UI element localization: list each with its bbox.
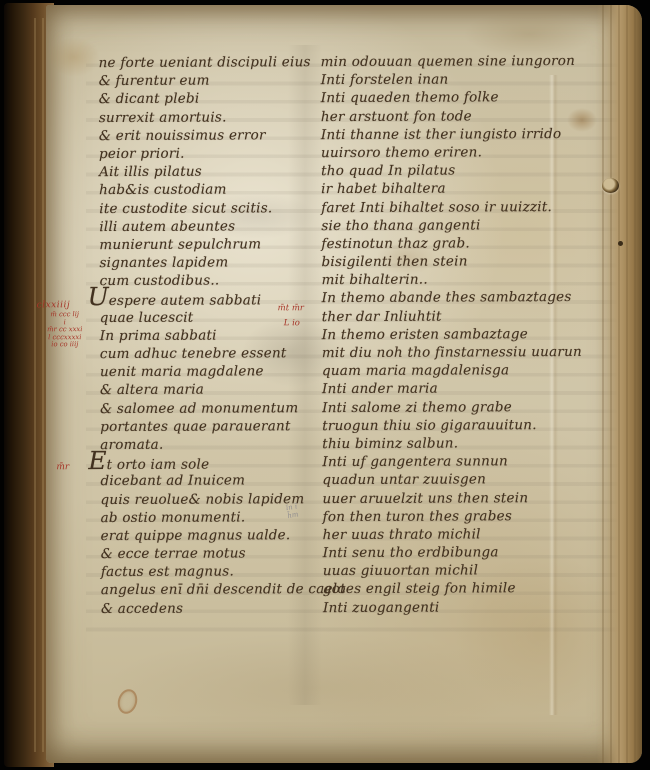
- manuscript-line: mit bihalterin..: [322, 270, 582, 289]
- manuscript-line: & dicant plebi: [99, 89, 344, 108]
- rubric-section-number: clxxiiij: [37, 300, 71, 310]
- manuscript-line: uuas giuuortan michil: [323, 561, 583, 580]
- manuscript-line: Uespere autem sabbati: [100, 289, 345, 308]
- manuscript-line: signantes lapidem: [99, 253, 344, 272]
- manuscript-line: portantes quae parauerant: [100, 417, 345, 436]
- manuscript-line: Inti uf gangentera sunnun: [322, 452, 582, 471]
- wormhole: [602, 178, 619, 193]
- manuscript-line: Inti thanne ist ther iungisto irrido: [321, 125, 581, 144]
- manuscript-line: tho quad In pilatus: [321, 161, 581, 180]
- text-block: ne forte ueniant discipuli eius& furentu…: [44, 4, 643, 765]
- manuscript-line: uuirsoro themo eriren.: [321, 143, 581, 162]
- manuscript-line: quadun untar zuuisgen: [322, 470, 582, 489]
- manuscript-line: ab ostio monumenti.: [101, 508, 346, 527]
- manuscript-line: & erit nouissimus error: [99, 126, 344, 145]
- manuscript-line: & altera maria: [100, 380, 345, 399]
- manuscript-line: In prima sabbati: [100, 326, 345, 345]
- manuscript-line: In themo abande thes sambaztages: [322, 288, 582, 307]
- initial-capital: U: [88, 282, 109, 311]
- manuscript-line: quam maria magdalenisga: [322, 361, 582, 380]
- text-column-latin: ne forte ueniant discipuli eius& furentu…: [99, 53, 346, 618]
- manuscript-line: dicebant ad Inuicem: [100, 471, 345, 490]
- rubric-section-mark: m̄r: [56, 462, 69, 472]
- manuscript-line: ite custodite sicut scitis.: [99, 198, 344, 217]
- manuscript-line: Inti zuogangenti: [323, 598, 583, 617]
- leaf-edge-line: [42, 18, 44, 751]
- manuscript-line: Inti quaeden themo folke: [321, 88, 581, 107]
- manuscript-line: angelus enī dn̄i descendit de caelo: [101, 580, 346, 599]
- manuscript-line: uuer aruuelzit uns then stein: [322, 488, 582, 507]
- small-hole: [618, 241, 623, 246]
- manuscript-photo: ne forte ueniant discipuli eius& furentu…: [0, 0, 650, 770]
- manuscript-line: & furentur eum: [99, 71, 344, 90]
- manuscript-line: festinotun thaz grab.: [321, 234, 581, 253]
- manuscript-line: quae lucescit: [100, 308, 345, 327]
- manuscript-line: gotes engil steig fon himile: [323, 579, 583, 598]
- manuscript-line: munierunt sepulchrum: [99, 235, 344, 254]
- manuscript-line: thiu biminz salbun.: [322, 434, 582, 453]
- manuscript-line: & accedens: [101, 599, 346, 618]
- manuscript-line: erat quippe magnus ualde.: [101, 526, 346, 545]
- text-column-old-high-german: min odouuan quemen sine iungoronInti for…: [321, 52, 584, 617]
- manuscript-line: factus est magnus.: [101, 562, 346, 581]
- manuscript-line: Inti salome zi themo grabe: [322, 398, 582, 417]
- manuscript-line: ir habet bihaltera: [321, 179, 581, 198]
- manuscript-line: sie tho thana gangenti: [321, 216, 581, 235]
- manuscript-line: In themo eristen sambaztage: [322, 325, 582, 344]
- manuscript-line: fon then turon thes grabes: [323, 507, 583, 526]
- leaf-edge-line: [34, 18, 36, 751]
- manuscript-line: bisigilenti then stein: [321, 252, 581, 271]
- manuscript-line: her uuas thrato michil: [323, 525, 583, 544]
- manuscript-line: Ait illis pilatus: [99, 162, 344, 181]
- manuscript-line: cum custodibus..: [100, 271, 345, 290]
- page-fore-edge: [596, 5, 642, 763]
- manuscript-line: uenit maria magdalene: [100, 362, 345, 381]
- manuscript-line: surrexit amortuis.: [99, 108, 344, 127]
- manuscript-line: ne forte ueniant discipuli eius: [99, 53, 344, 72]
- manuscript-line: Et orto iam sole: [100, 453, 345, 472]
- manuscript-line: her arstuont fon tode: [321, 107, 581, 126]
- manuscript-line: min odouuan quemen sine iungoron: [321, 52, 581, 71]
- manuscript-line: quis reuolue& nobis lapidem: [100, 489, 345, 508]
- manuscript-line: peior priori.: [99, 144, 344, 163]
- manuscript-line: & salomee ad monumentum: [100, 399, 345, 418]
- manuscript-line: Inti forstelen inan: [321, 70, 581, 89]
- initial-capital: E: [88, 446, 106, 475]
- rubric-gospel-cross-reference: L io: [284, 318, 300, 328]
- manuscript-line: illi autem abeuntes: [99, 217, 344, 236]
- manuscript-line: mit diu noh tho finstarnessiu uuarun: [322, 343, 582, 362]
- manuscript-line: Inti ander maria: [322, 379, 582, 398]
- manuscript-line: truogun thiu sio gigarauuitun.: [322, 416, 582, 435]
- canon-reference: io co iiij: [42, 341, 88, 349]
- manuscript-line: cum adhuc tenebre essent: [100, 344, 345, 363]
- manuscript-line: faret Inti bihaltet soso ir uuizzit.: [321, 197, 581, 216]
- rubric-canon-references: m̄ ccc lijim̄r cc xxxil cccxxxxiio co ii…: [42, 311, 88, 349]
- manuscript-line: hab&is custodiam: [99, 180, 344, 199]
- manuscript-line: aromata.: [100, 435, 345, 454]
- manuscript-line: ther dar Inliuhtit: [322, 307, 582, 326]
- manuscript-page: ne forte ueniant discipuli eius& furentu…: [46, 5, 642, 763]
- rubric-gospel-cross-reference: m̄t m̄r: [278, 303, 304, 313]
- manuscript-line: Inti senu tho erdbibunga: [323, 543, 583, 562]
- manuscript-line: & ecce terrae motus: [101, 544, 346, 563]
